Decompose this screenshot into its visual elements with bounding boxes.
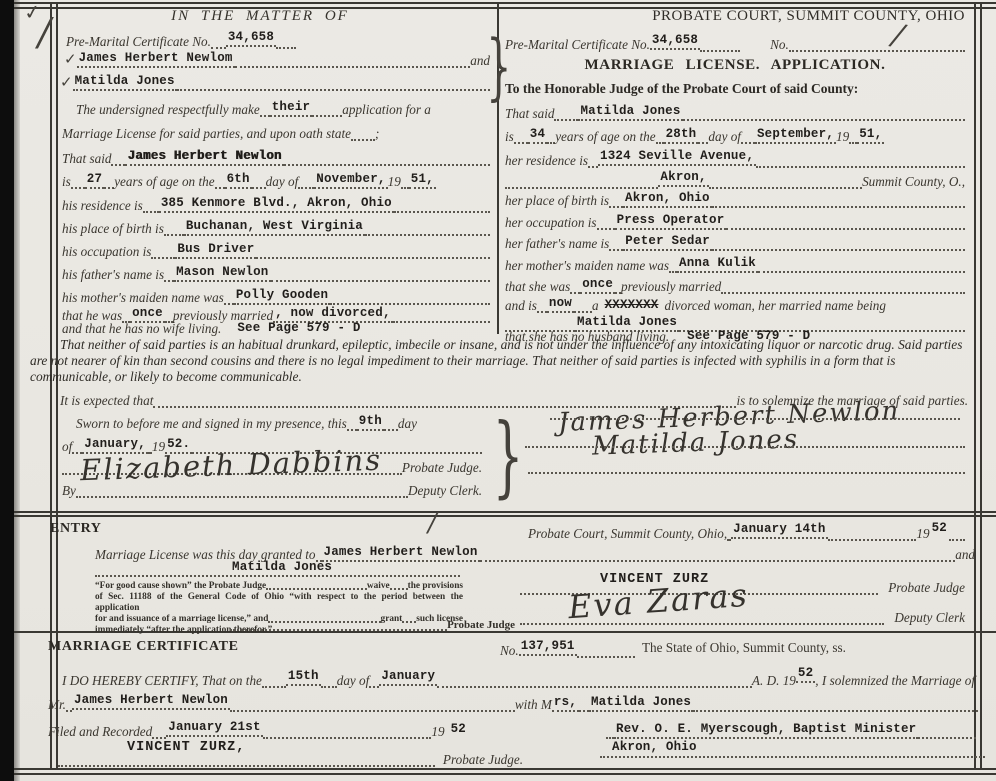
once-typed: once	[580, 277, 615, 294]
slash-mark: /	[38, 10, 51, 54]
dotted-leader	[104, 183, 114, 189]
solemnized-label: , I solemnized the Marriage of	[815, 673, 975, 688]
dotted-leader	[709, 183, 862, 189]
premarital-number: 34,658	[226, 30, 276, 47]
bride-city: Akron,	[658, 170, 708, 187]
spacer	[740, 48, 770, 52]
year-19-label: 19	[388, 174, 401, 189]
dotted-leader	[58, 761, 435, 767]
check-mark: ✓	[64, 50, 77, 68]
party1-name-row: ✓ James Herbert Newlom and	[64, 50, 490, 68]
application-text: application for a	[342, 102, 431, 117]
cert-groom-typed: James Herbert Newlon	[72, 693, 230, 710]
probate-court-title: PROBATE COURT, SUMMIT COUNTY, OHIO	[652, 8, 965, 25]
that-said-label: That said	[62, 151, 111, 166]
dotted-leader	[712, 245, 965, 251]
certify-label: I DO HEREBY CERTIFY, That on the	[62, 673, 262, 688]
border-line	[980, 2, 982, 770]
in-the-matter-of-title: IN THE MATTER OF	[171, 8, 349, 25]
sworn-day-typed: 9th	[357, 414, 384, 431]
years-of-age-label: years of age on the	[555, 129, 655, 144]
dotted-leader	[570, 288, 580, 294]
oath-row: Marriage License for said parties, and u…	[62, 126, 482, 141]
bride-age: 34	[528, 127, 547, 144]
that-said-row-right: That said Matilda Jones	[505, 104, 965, 121]
dotted-leader	[256, 253, 490, 259]
dotted-leader	[111, 160, 125, 166]
dotted-leader	[574, 307, 592, 313]
day-of-label: day of	[266, 174, 299, 189]
dotted-leader	[164, 230, 184, 236]
dotted-leader	[401, 183, 409, 189]
dotted-leader	[263, 733, 432, 739]
dotted-leader	[351, 135, 375, 141]
to-honorable-judge-text: To the Honorable Judge of the Probate Co…	[505, 81, 858, 96]
dotted-leader	[480, 556, 956, 562]
groom-birthplace: Buchanan, West Virginia	[184, 219, 365, 236]
is-label: is	[505, 129, 514, 144]
groom-residence: 385 Kenmore Blvd., Akron, Ohio	[159, 196, 394, 213]
dotted-leader	[606, 733, 614, 739]
groom-birth-month: November,	[314, 172, 387, 189]
his-father-label: his father's name is	[62, 267, 164, 282]
bride-age-row: is 34 years of age on the 28th day of Se…	[505, 127, 965, 144]
marriage-license-application-heading: MARRIAGE LICENSE. APPLICATION.	[585, 57, 886, 74]
bride-prev-marriage-row: that she was once previously married	[505, 277, 965, 294]
with-m-label: with M	[515, 697, 552, 712]
her-residence-label: her residence is	[505, 153, 588, 168]
border-line	[974, 2, 976, 770]
and-is-label: and is	[505, 298, 537, 313]
no-wife-row: and that he has no wife living. See Page…	[62, 321, 490, 336]
cert-month-typed: January	[379, 669, 437, 686]
dotted-leader	[369, 682, 379, 688]
bride-occupation-row: her occupation is Press Operator	[505, 213, 965, 230]
oath-text: Marriage License for said parties, and u…	[62, 126, 351, 141]
scanned-marriage-license-document: ✓ / / / } } IN THE MATTER OF Pre-Marital…	[0, 0, 996, 781]
bride-residence-row: her residence is 1324 Seville Avenue,	[505, 149, 965, 168]
undersigned-text: The undersigned respectfully make	[76, 102, 260, 117]
day-label: day	[398, 416, 417, 431]
dotted-leader	[252, 183, 266, 189]
bride-father-row: her father's name is Peter Sedar	[505, 234, 965, 251]
minister-row: Rev. O. E. Myerscough, Baptist Minister	[606, 722, 976, 739]
dotted-leader	[164, 276, 174, 282]
filed-row: Filed and Recorded January 21st 19 52	[48, 720, 468, 739]
dotted-leader	[230, 706, 515, 712]
day-of-label: day of	[708, 129, 741, 144]
bride-birthplace-row: her place of birth is Akron, Ohio	[505, 191, 965, 208]
certify-row: I DO HEREBY CERTIFY, That on the 15th da…	[62, 666, 975, 688]
now-typed: now	[547, 296, 574, 313]
dotted-leader	[547, 138, 555, 144]
dotted-leader	[347, 425, 357, 431]
bride-mother: Anna Kulik	[677, 256, 758, 273]
bride-birth-day: 28th	[664, 127, 699, 144]
premarital-number: 34,658	[650, 33, 700, 50]
dotted-leader	[151, 253, 175, 259]
groom-birth-year: 51,	[409, 172, 436, 189]
dotted-leader	[271, 276, 490, 282]
filed-year-typed: 52	[449, 722, 468, 737]
dotted-leader	[577, 652, 635, 658]
cert-bride-typed: Matilda Jones	[589, 695, 693, 712]
groom-mother: Polly Gooden	[234, 288, 330, 305]
struck-out-word: XXXXXXX	[603, 298, 661, 313]
dotted-leader	[537, 307, 547, 313]
spacer	[221, 332, 235, 336]
dotted-leader	[514, 138, 528, 144]
previously-married-label: previously married	[621, 279, 721, 294]
dotted-leader	[390, 584, 408, 590]
dotted-leader	[230, 625, 447, 631]
check-mark: ✓	[60, 73, 73, 91]
fine-print-top-line	[95, 575, 460, 577]
no-label: No.	[770, 37, 789, 52]
bride-signature: Matilda Jones	[592, 426, 800, 459]
dotted-leader	[756, 162, 965, 168]
dotted-leader	[266, 584, 367, 590]
groom-mother-row: his mother's maiden name was Polly Goode…	[62, 288, 490, 305]
undersigned-row: The undersigned respectfully make their …	[76, 100, 490, 117]
scan-edge-shadow	[14, 0, 20, 781]
groom-name-typed: James Herbert Newlon	[125, 149, 283, 166]
a-label: a	[592, 298, 599, 313]
no-label: No.	[500, 643, 519, 658]
bride-occupation: Press Operator	[615, 213, 727, 230]
dotted-leader	[394, 207, 490, 213]
filed-recorded-label: Filed and Recorded	[48, 724, 152, 739]
dotted-leader	[683, 115, 965, 121]
that-said-label: That said	[505, 106, 554, 121]
dotted-leader	[918, 733, 976, 739]
bride-name-typed: Matilda Jones	[578, 104, 682, 121]
fine-print-line1: “For good cause shown” the Probate Judge…	[95, 581, 463, 592]
years-of-age-label: years of age on the	[114, 174, 214, 189]
border-line	[14, 768, 996, 770]
dotted-leader	[152, 733, 166, 739]
bride-father: Peter Sedar	[623, 234, 712, 251]
minister-place-typed: Akron, Ohio	[610, 740, 699, 755]
groom-occupation-row: his occupation is Bus Driver	[62, 242, 490, 259]
dotted-leader	[698, 138, 708, 144]
his-mother-label: his mother's maiden name was	[62, 290, 224, 305]
slash-mark: /	[428, 508, 437, 538]
her-birthplace-label: her place of birth is	[505, 193, 609, 208]
summit-county-label: Summit County, O.,	[862, 174, 965, 189]
dotted-leader	[597, 224, 615, 230]
spacer	[878, 591, 888, 595]
fine-print-text: the provisions	[408, 581, 463, 592]
groom-occupation: Bus Driver	[175, 242, 256, 259]
bride-mother-row: her mother's maiden name was Anna Kulik	[505, 256, 965, 273]
by-label: By	[62, 483, 76, 498]
dotted-leader	[520, 619, 884, 625]
dotted-leader	[609, 202, 623, 208]
dotted-leader	[712, 202, 965, 208]
spacer	[884, 621, 894, 625]
groom-father-row: his father's name is Mason Newlon	[62, 265, 490, 282]
to-judge-row: To the Honorable Judge of the Probate Co…	[505, 81, 965, 96]
ad-19-label: A. D. 19	[752, 673, 796, 688]
party2-name-typed: Matilda Jones	[73, 74, 177, 91]
groom-birth-day: 6th	[225, 172, 252, 189]
dotted-leader	[76, 492, 408, 498]
premarital-row-left: Pre-Marital Certificate No. 34,658	[66, 30, 296, 49]
semicolon: ;	[375, 126, 379, 141]
entry-title: ENTRY	[50, 521, 102, 537]
certificate-number-row: No. 137,951	[500, 639, 635, 658]
dotted-leader	[609, 245, 623, 251]
section-divider	[14, 511, 996, 513]
cert-day-typed: 15th	[286, 669, 321, 686]
deputy-clerk-signature: Elizabeth Dabbins	[80, 447, 383, 484]
and-label: and	[470, 53, 490, 68]
his-occupation-label: his occupation is	[62, 244, 151, 259]
place-line	[600, 756, 985, 758]
left-title-row: IN THE MATTER OF	[130, 8, 390, 25]
is-label: is	[62, 174, 71, 189]
and-label: and	[955, 547, 975, 562]
groom-residence-row: his residence is 385 Kenmore Blvd., Akro…	[62, 196, 490, 213]
probate-judge-label: Probate Judge.	[443, 752, 523, 767]
dotted-leader	[721, 288, 965, 294]
dotted-leader	[579, 706, 589, 712]
dotted-leader	[312, 111, 342, 117]
cert-year-typed: 52	[796, 666, 815, 683]
couple-row: Mr. James Herbert Newlon with M rs, Mati…	[48, 693, 978, 712]
entry-bride-typed: Matilda Jones	[230, 560, 334, 575]
waive-word: waive	[367, 581, 390, 592]
entry-date-typed: January 14th	[731, 522, 827, 539]
her-mother-label: her mother's maiden name was	[505, 258, 669, 273]
deputy-clerk-label: Deputy Clerk	[894, 610, 965, 625]
probate-judge-label: Probate Judge.	[402, 460, 482, 475]
their-typed: their	[270, 100, 313, 117]
dotted-leader	[365, 230, 490, 236]
dotted-leader	[656, 138, 664, 144]
dotted-leader	[211, 43, 226, 49]
fine-print-judge-row: Probate Judge	[230, 620, 515, 631]
bride-birthplace: Akron, Ohio	[623, 191, 712, 208]
dotted-leader	[143, 207, 159, 213]
state-of-ohio-label: The State of Ohio, Summit County, ss.	[642, 640, 846, 655]
dotted-leader	[224, 299, 234, 305]
groom-birthplace-row: his place of birth is Buchanan, West Vir…	[62, 219, 490, 236]
marriage-certificate-title: MARRIAGE CERTIFICATE	[48, 639, 239, 655]
minister-typed: Rev. O. E. Myerscough, Baptist Minister	[614, 722, 918, 739]
his-residence-label: his residence is	[62, 198, 143, 213]
granted-row: Marriage License was this day granted to…	[95, 545, 975, 562]
mr-label: Mr.	[48, 697, 66, 712]
bride-residence: 1324 Seville Avenue,	[598, 149, 756, 166]
affidavit-paragraph: That neither of said parties is an habit…	[30, 337, 975, 384]
entry-bride-row: Matilda Jones	[230, 560, 430, 575]
certificate-title-row: MARRIAGE CERTIFICATE	[48, 639, 348, 655]
party2-name-row: ✓ Matilda Jones	[60, 73, 490, 91]
see-page-typed: See Page 579 - D	[235, 321, 362, 336]
bride-birth-month: September,	[755, 127, 836, 144]
dotted-leader	[384, 425, 398, 431]
divorced-woman-row: and is now a XXXXXXX divorced woman, her…	[505, 296, 965, 313]
dotted-leader	[437, 682, 752, 688]
sworn-text: Sworn to before me and signed in my pres…	[76, 416, 347, 431]
dotted-leader	[693, 706, 978, 712]
border-line	[14, 2, 996, 4]
signature-line	[528, 472, 965, 474]
divorced-woman-label: divorced woman, her married name being	[665, 298, 886, 313]
dotted-leader	[284, 160, 491, 166]
sworn-row: Sworn to before me and signed in my pres…	[76, 414, 476, 431]
court-title-row: PROBATE COURT, SUMMIT COUNTY, OHIO	[505, 8, 965, 25]
bride-city-row: Akron, Summit County, O.,	[505, 170, 965, 189]
dotted-leader	[828, 535, 917, 541]
groom-age: 27	[85, 172, 104, 189]
brace: }	[493, 404, 524, 507]
rs-typed: rs,	[552, 695, 579, 712]
dotted-leader	[849, 138, 857, 144]
state-row: The State of Ohio, Summit County, ss.	[642, 640, 972, 655]
fine-print-text: “For good cause shown” the Probate Judge	[95, 581, 266, 592]
dotted-leader	[321, 682, 337, 688]
dotted-leader	[758, 267, 965, 273]
dotted-leader	[588, 162, 598, 168]
party1-name-typed: James Herbert Newlom	[77, 51, 235, 68]
dotted-leader	[554, 115, 578, 121]
license-heading-row: MARRIAGE LICENSE. APPLICATION.	[505, 57, 965, 74]
bride-birth-year: 51,	[857, 127, 884, 144]
of-label: of	[62, 439, 72, 454]
his-birthplace-label: his place of birth is	[62, 221, 164, 236]
dotted-leader	[71, 183, 85, 189]
entry-year-typed: 52	[930, 521, 949, 536]
premarital-label: Pre-Marital Certificate No.	[505, 37, 650, 52]
entry-title-row: ENTRY	[50, 521, 170, 537]
dotted-leader	[260, 111, 270, 117]
year-19-label: 19	[431, 724, 444, 739]
border-line	[14, 773, 996, 775]
deputy-clerk-label: Deputy Clerk.	[408, 483, 482, 498]
that-said-row-left: That said James Herbert Newlon	[62, 149, 490, 166]
probate-judge-label: Probate Judge	[888, 580, 965, 595]
dotted-leader	[298, 183, 314, 189]
dotted-leader	[949, 535, 965, 541]
premarital-label: Pre-Marital Certificate No.	[66, 34, 211, 49]
dotted-leader	[505, 183, 658, 189]
dotted-leader	[276, 43, 296, 49]
fine-print-probate-judge-label: Probate Judge	[447, 620, 515, 631]
year-19-label: 19	[836, 129, 849, 144]
dotted-leader	[700, 46, 740, 52]
dotted-leader	[789, 46, 965, 52]
that-she-was-label: that she was	[505, 279, 570, 294]
entry-court-date-row: Probate Court, Summit County, Ohio, Janu…	[528, 521, 965, 541]
dotted-leader	[726, 224, 965, 230]
her-occupation-label: her occupation is	[505, 215, 597, 230]
signature-line	[525, 446, 965, 448]
entry-court-label: Probate Court, Summit County, Ohio,	[528, 526, 727, 541]
dotted-leader	[262, 682, 286, 688]
cert-judge-line-row: Probate Judge.	[58, 752, 523, 767]
dotted-leader	[177, 85, 490, 91]
it-is-expected-label: It is expected that	[60, 393, 153, 408]
her-father-label: her father's name is	[505, 236, 609, 251]
certificate-number: 137,951	[519, 639, 577, 656]
no-wife-label: and that he has no wife living.	[62, 321, 221, 336]
day-of-label: day of	[337, 673, 370, 688]
signature-line	[550, 418, 960, 420]
year-19-label: 19	[916, 526, 929, 541]
entry-clerk-line-row: Deputy Clerk	[520, 610, 965, 625]
section-divider	[14, 515, 996, 517]
groom-father: Mason Newlon	[174, 265, 270, 282]
filed-date-typed: January 21st	[166, 720, 262, 737]
groom-age-row: is 27 years of age on the 6th day of Nov…	[62, 172, 490, 189]
dotted-leader	[215, 183, 225, 189]
spacer	[435, 763, 443, 767]
dotted-leader	[741, 138, 755, 144]
dotted-leader	[330, 299, 490, 305]
premarital-row-right: Pre-Marital Certificate No. 34,658 No.	[505, 33, 965, 52]
scan-edge-strip	[0, 0, 14, 781]
dotted-leader	[235, 62, 471, 68]
fine-print-line2: of Sec. 11188 of the General Code of Ohi…	[95, 592, 463, 614]
dotted-leader	[669, 267, 677, 273]
